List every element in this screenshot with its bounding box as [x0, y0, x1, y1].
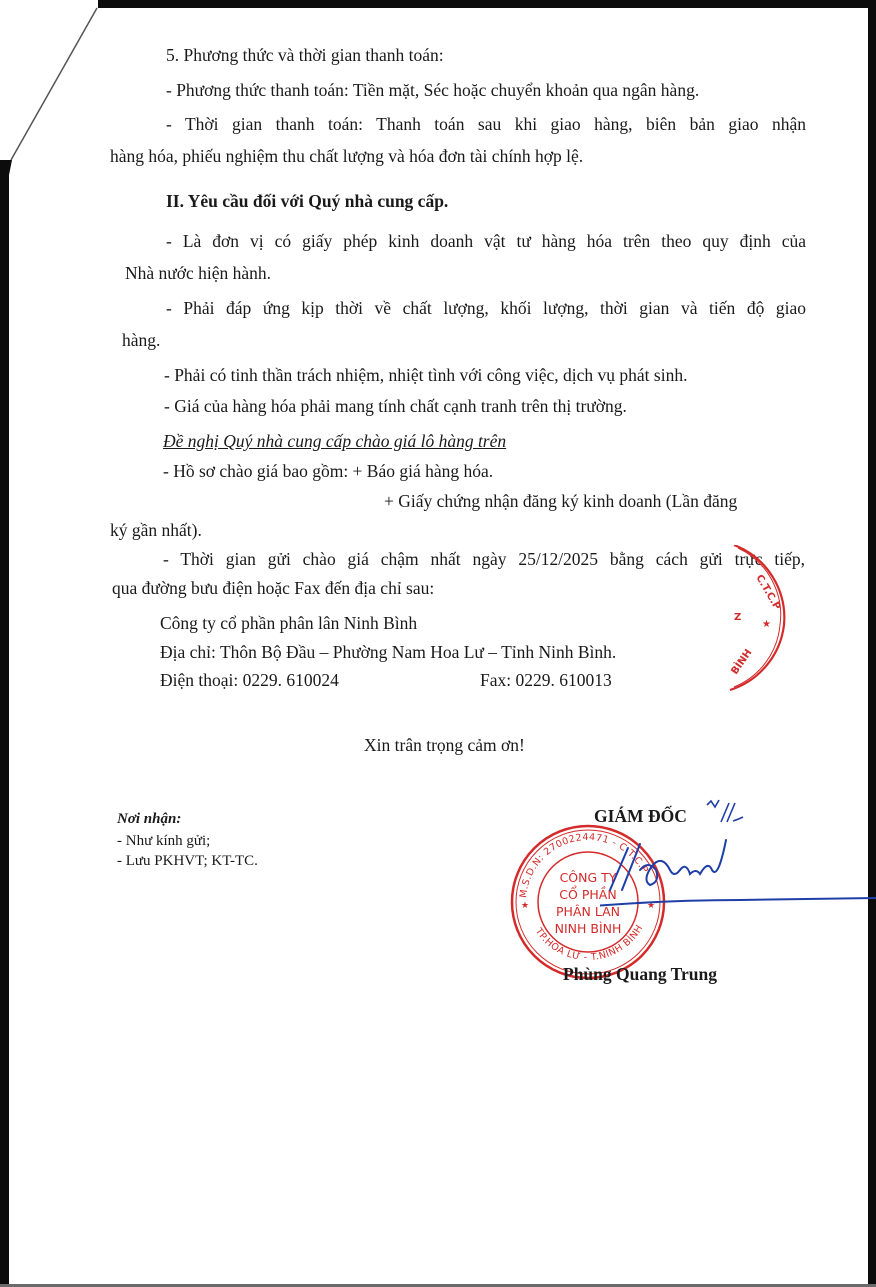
- svg-text:NINH BÌNH: NINH BÌNH: [555, 921, 622, 936]
- payment-method: - Phương thức thanh toán: Tiền mặt, Séc …: [166, 79, 699, 101]
- proposal-heading: Đề nghị Quý nhà cung cấp chào giá lô hàn…: [163, 430, 506, 452]
- recipients-heading: Nơi nhận:: [117, 808, 181, 830]
- scan-edge-right: [868, 0, 876, 1287]
- svg-text:★: ★: [521, 901, 529, 911]
- requirement-2-line2: hàng.: [122, 329, 160, 351]
- requirement-2-line1: - Phải đáp ứng kịp thời về chất lượng, k…: [166, 297, 806, 319]
- initial-mark-icon: [705, 797, 745, 827]
- requirement-1-line1: - Là đơn vị có giấy phép kinh doanh vật …: [166, 230, 806, 252]
- svg-text:★: ★: [762, 619, 771, 630]
- partial-stamp-icon: C.T.C.P Z ★ BÌNH: [722, 545, 792, 695]
- svg-text:Z: Z: [734, 612, 741, 623]
- recipient-item: - Lưu PKHVT; KT-TC.: [117, 852, 258, 871]
- dossier-line1: - Hồ sơ chào giá bao gồm: + Báo giá hàng…: [163, 460, 493, 482]
- scan-edge-top: [98, 0, 876, 8]
- payment-time-line2: hàng hóa, phiếu nghiệm thu chất lượng và…: [110, 145, 583, 167]
- signer-name: Phùng Quang Trung: [563, 963, 717, 985]
- svg-text:C.T.C.P: C.T.C.P: [753, 573, 782, 612]
- deadline-line2: qua đường bưu điện hoặc Fax đến địa chỉ …: [112, 577, 434, 599]
- company-fax: Fax: 0229. 610013: [480, 669, 612, 691]
- requirements-heading: II. Yêu cầu đối với Quý nhà cung cấp.: [166, 190, 448, 212]
- svg-text:BÌNH: BÌNH: [728, 646, 755, 676]
- signature-icon: [600, 830, 876, 920]
- company-address: Địa chỉ: Thôn Bộ Đầu – Phường Nam Hoa Lư…: [160, 641, 616, 663]
- company-phone: Điện thoại: 0229. 610024: [160, 669, 339, 691]
- deadline-line1: - Thời gian gửi chào giá chậm nhất ngày …: [163, 548, 805, 570]
- requirement-4: - Giá của hàng hóa phải mang tính chất c…: [164, 395, 627, 417]
- payment-time-line1: - Thời gian thanh toán: Thanh toán sau k…: [166, 113, 806, 135]
- document-page: 5. Phương thức và thời gian thanh toán: …: [0, 0, 876, 1287]
- company-name: Công ty cổ phần phân lân Ninh Bình: [160, 612, 417, 634]
- folded-corner-icon: [0, 0, 110, 175]
- dossier-line3: ký gần nhất).: [110, 519, 202, 541]
- recipient-item: - Như kính gửi;: [117, 832, 210, 851]
- closing-text: Xin trân trọng cảm ơn!: [364, 734, 525, 756]
- requirement-3: - Phải có tinh thần trách nhiệm, nhiệt t…: [164, 364, 687, 386]
- payment-heading: 5. Phương thức và thời gian thanh toán:: [166, 44, 444, 66]
- scan-edge-left: [0, 160, 9, 1287]
- requirement-1-line2: Nhà nước hiện hành.: [125, 262, 271, 284]
- dossier-line2: + Giấy chứng nhận đăng ký kinh doanh (Lầ…: [384, 490, 737, 512]
